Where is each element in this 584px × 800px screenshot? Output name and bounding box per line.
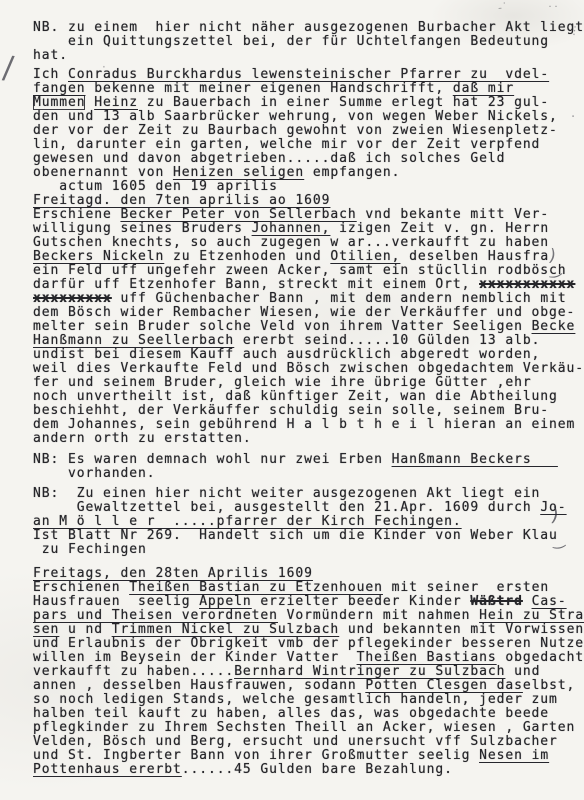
text-line: lin, darunter ein garten, welche mir vor… [33,138,584,152]
text-line: Erschiene Becker Peter von Sellerbach vn… [33,208,584,222]
text-line: obenernannt von Henizen seligen empfange… [33,166,584,180]
text-line: Hanßmann zu Seellerbach ererbt seind....… [33,334,584,348]
text-line: pflegkinder zu Ihrem Sechsten Theill an … [33,721,584,735]
text-line: weil dies Verkaufte Feld und Bösch zwisc… [33,362,584,376]
text-segment: undist bei diesem Kauff auch ausdrücklic… [33,347,540,362]
underlined-text-segment: Becker Peter von Sellerbach [120,207,356,222]
text-segment: gewesen und davon abgetrieben.....daß ic… [33,151,505,166]
underlined-text-segment: sen [33,622,59,637]
text-segment: bekenne mit meiner eigenen Handschrifft, [85,81,452,96]
underlined-text-segment: Pottenhaus ererbt [33,762,182,777]
text-line: beschiehht, der Verkäuffer schuldig sein… [33,404,584,418]
text-segment: vnd bekante mitt Ver- [357,207,549,222]
text-line: Ist Blatt Nr 269. Handelt sich um die Ki… [33,529,584,543]
text-segment [523,594,532,609]
underlined-text-segment: Nesen im [479,748,549,763]
text-line: und Erlaubnis der Obrigkeit vmb der pfle… [33,637,584,651]
text-segment: ererbt seind.....10 Gülden 13 alb. [234,333,540,348]
text-segment: Gewaltzettel bei, ausgestellt den 21.Apr… [33,500,540,515]
text-line: zu Fechingen [33,543,584,557]
pencil-dot-mark: ˙˙ [547,4,559,18]
text-segment: ......45 Gulden bare Bezahlung. [182,762,453,777]
underlined-text-segment: Freitagd. den 7ten aprilis ao 1609 [33,193,330,208]
struck-out-text-segment: xxxxxxxxxxx [479,277,575,292]
underlined-text-segment: Heinz [94,95,138,110]
text-line: pars und Theisen verordneten Vormündern … [33,609,584,623]
text-line: Freitagd. den 7ten aprilis ao 1609 [33,194,584,208]
text-segment: weil dies Verkaufte Feld und Bösch zwisc… [33,361,584,376]
text-segment: zu Etzenhoden und [164,249,330,264]
typewritten-text-block: NB. zu einem hier nicht näher ausgezogen… [33,21,584,777]
text-line: Freitags, den 28ten Aprilis 1609 [33,567,584,581]
text-line: Pottenhaus ererbt......45 Gulden bare Be… [33,763,584,777]
text-segment: annen , desselben Hausfrauwen, sodann [33,678,365,693]
underlined-text-segment: Conradus Burckhardus lewensteinischer Pf… [68,67,549,82]
text-line: Erschienen Theißen Bastian zu Etzenhouen… [33,581,584,595]
text-line: NB. zu einem hier nicht näher ausgezogen… [33,21,584,35]
underlined-text-segment: Theißen Bastians [357,650,497,665]
text-segment: Ich [33,67,68,82]
text-segment: und bekannten mit Vorwissen [339,622,584,637]
text-line: dem Johannes, sein gebührend H a l b t h… [33,418,584,432]
text-segment: und Erlaubnis der Obrigkeit vmb der pfle… [33,636,584,651]
text-line: melter sein Bruder solche Veld von ihrem… [33,320,584,334]
text-segment: Velden, Bösch und Berg, ersucht und uner… [33,734,558,749]
underlined-text-segment: Trimmen Nickel zu Sulzbach [112,622,339,637]
pencil-dash-mark: -˙ [497,1,508,15]
text-line: Gutschen knechts, so auch zugegen w ar..… [33,236,584,250]
text-segment: u nd [59,622,111,637]
underlined-text-segment: Cas- [532,594,567,609]
text-line: Velden, Bösch und Berg, ersucht und uner… [33,735,584,749]
underlined-text-segment: Beckers Nickeln [33,249,164,264]
text-segment: willigung seines Bruders [33,221,252,236]
text-line: an M ö l l e r .....pfarrer der Kirch Fe… [33,515,584,529]
text-line: xxxxxxxxx uff Güchenbacher Bann , mit de… [33,292,584,306]
text-line: Hausfrauen seelig Appeln erzielter beede… [33,595,584,609]
text-segment: der vor der Zeit zu Baurbach gewohnt von… [33,123,558,138]
underlined-text-segment: Bernhard Wintringer zu Sulzbach [234,664,505,679]
text-line: so noch ledigen Stands, welche gesamtlic… [33,693,584,707]
text-segment: und [505,664,540,679]
underlined-text-segment: daß mir [453,81,514,96]
handwritten-slash-mark: / [1,50,15,87]
document-page: NB. zu einem hier nicht näher ausgezogen… [0,0,584,800]
text-line: ein Quittungszettel bei, der für Uchtelf… [33,35,584,49]
text-line: sen u nd Trimmen Nickel zu Sulzbach und … [33,623,584,637]
text-segment: darfür uff Etzenhofer Bann, streckt mit … [33,277,479,292]
text-segment: NB: Es waren demnach wohl nur zwei Erben [33,452,392,467]
text-segment: so noch ledigen Stands, welche gesamtlic… [33,692,558,707]
text-line: ein Feld uff ungefehr zween Acker, samt … [33,264,584,278]
text-line: noch unvertheilt ist, daß künftiger Zeit… [33,390,584,404]
text-segment: erzielter beeder Kinder [252,594,471,609]
text-segment: beschiehht, der Verkäuffer schuldig sein… [33,403,549,418]
text-segment: andern orth zu erstatten. [33,431,252,446]
underlined-text-segment: fangen [33,81,85,96]
text-line: fangen bekenne mit meiner eigenen Handsc… [33,82,584,96]
text-segment: empfangen. [304,165,400,180]
text-line: hat. [33,49,584,63]
underlined-text-segment: Hanßmann Beckers [392,452,558,467]
text-segment: Erschiene [33,207,120,222]
underlined-text-segment: Theißen Bastian zu Etzenhouen [129,580,383,595]
text-line: und St. Ingberter Bann von ihrer Großmut… [33,749,584,763]
text-segment: ein Feld uff ungefehr zween Acker, samt … [33,263,567,278]
text-line: verkaufft zu haben.....Bernhard Wintring… [33,665,584,679]
text-segment: halben teil kauft zu haben, alles das, w… [33,706,549,721]
underlined-text-segment: Otilien, [330,249,400,264]
text-segment: willen im Beysein der Kinder Vatter [33,650,357,665]
text-line: darfür uff Etzenhofer Bann, streckt mit … [33,278,584,292]
underlined-text-segment: Hanßmann zu Seellerbach [33,333,234,348]
text-segment: NB. zu einem hier nicht näher ausgezogen… [33,20,584,35]
text-segment: obgedacht [497,650,584,665]
text-segment: den und 13 alb Saarbrücker wehrung, von … [33,109,558,124]
underlined-text-segment: Jo- [540,500,566,515]
text-line: halben teil kauft zu haben, alles das, w… [33,707,584,721]
text-segment: melter sein Bruder solche Veld von ihrem… [33,319,532,334]
text-segment: hat. [33,48,68,63]
text-segment: pflegkinder zu Ihrem Sechsten Theill an … [33,720,575,735]
text-line: willigung seines Bruders Johannen, izige… [33,222,584,236]
text-segment: Ist Blatt Nr 269. Handelt sich um die Ki… [33,528,558,543]
text-line: den und 13 alb Saarbrücker wehrung, von … [33,110,584,124]
underlined-text-segment: Potten Clesgen das [365,678,522,693]
underlined-text-segment: Hein zu Stra [479,608,584,623]
text-segment: ein Quittungszettel bei, der für Uchtelf… [33,34,549,49]
text-segment [85,95,94,110]
underlined-text-segment: Appeln [199,594,251,609]
text-segment: noch unvertheilt ist, daß künftiger Zeit… [33,389,558,404]
text-line: dem Bösch wider Rembacher Wiesen, wie de… [33,306,584,320]
underlined-text-segment: pars und Theisen verordneten [33,608,278,623]
underlined-text-segment: an M ö l l e r .....pfarrer der Kirch Fe… [33,514,462,529]
underlined-text-segment: Henizen seligen [173,165,304,180]
underlined-text-segment: Becke [532,319,576,334]
text-segment: izigen Zeit v. gn. Herrn [330,221,549,236]
underlined-text-segment: Freitags, den 28ten Aprilis 1609 [33,566,313,581]
text-line: undist bei diesem Kauff auch ausdrücklic… [33,348,584,362]
text-line: vorhanden. [33,467,584,481]
boxed-text-segment: Mummen [33,95,85,110]
text-segment: verkaufft zu haben..... [33,664,234,679]
text-line: Gewaltzettel bei, ausgestellt den 21.Apr… [33,501,584,515]
text-segment: fer und seinem Bruder, gleich wie ihre ü… [33,375,532,390]
text-line: NB: Es waren demnach wohl nur zwei Erben… [33,453,584,467]
text-line: fer und seinem Bruder, gleich wie ihre ü… [33,376,584,390]
text-segment: dem Johannes, sein gebührend H a l b t h… [33,417,575,432]
text-line: annen , desselben Hausfrauwen, sodann Po… [33,679,584,693]
text-segment: uff Güchenbacher Bann , mit dem andern n… [112,291,567,306]
text-segment: deselben Hausfra [400,249,549,264]
text-segment: elbst, [523,678,575,693]
text-segment: mit seiner ersten [383,580,549,595]
text-line: gewesen und davon abgetrieben.....daß ic… [33,152,584,166]
text-segment: Hausfrauen seelig [33,594,199,609]
text-line: actum 1605 den 19 aprilis [33,180,584,194]
text-segment: Gutschen knechts, so auch zugegen w ar..… [33,235,549,250]
text-segment: und St. Ingberter Bann von ihrer Großmut… [33,748,479,763]
text-line: der vor der Zeit zu Baurbach gewohnt von… [33,124,584,138]
text-line: willen im Beysein der Kinder Vatter Thei… [33,651,584,665]
struck-out-text-segment: xxxxxxxxx [33,291,112,306]
text-line: Mummen Heinz zu Bauerbach in einer Summe… [33,96,584,110]
text-line: NB: Zu einen hier nicht weiter ausgezoge… [33,487,584,501]
text-segment: vorhanden. [33,466,155,481]
text-segment: Erschienen [33,580,129,595]
text-segment: Vormündern mit nahmen [278,608,479,623]
text-line: Beckers Nickeln zu Etzenhoden und Otilie… [33,250,584,264]
text-segment: zu Bauerbach in einer Summe erlegt hat 2… [138,95,549,110]
text-segment: dem Bösch wider Rembacher Wiesen, wie de… [33,305,575,320]
text-line: andern orth zu erstatten. [33,432,584,446]
text-segment: actum 1605 den 19 aprilis [33,179,278,194]
text-line: Ich Conradus Burckhardus lewensteinische… [33,68,584,82]
text-segment: lin, darunter ein garten, welche mir vor… [33,137,540,152]
text-segment: obenernannt von [33,165,173,180]
struck-out-text-segment: Wäßtrd [470,594,522,609]
text-segment: zu Fechingen [33,542,147,557]
text-segment: NB: Zu einen hier nicht weiter ausgezoge… [33,486,540,501]
underlined-text-segment: Johannen, [252,221,331,236]
